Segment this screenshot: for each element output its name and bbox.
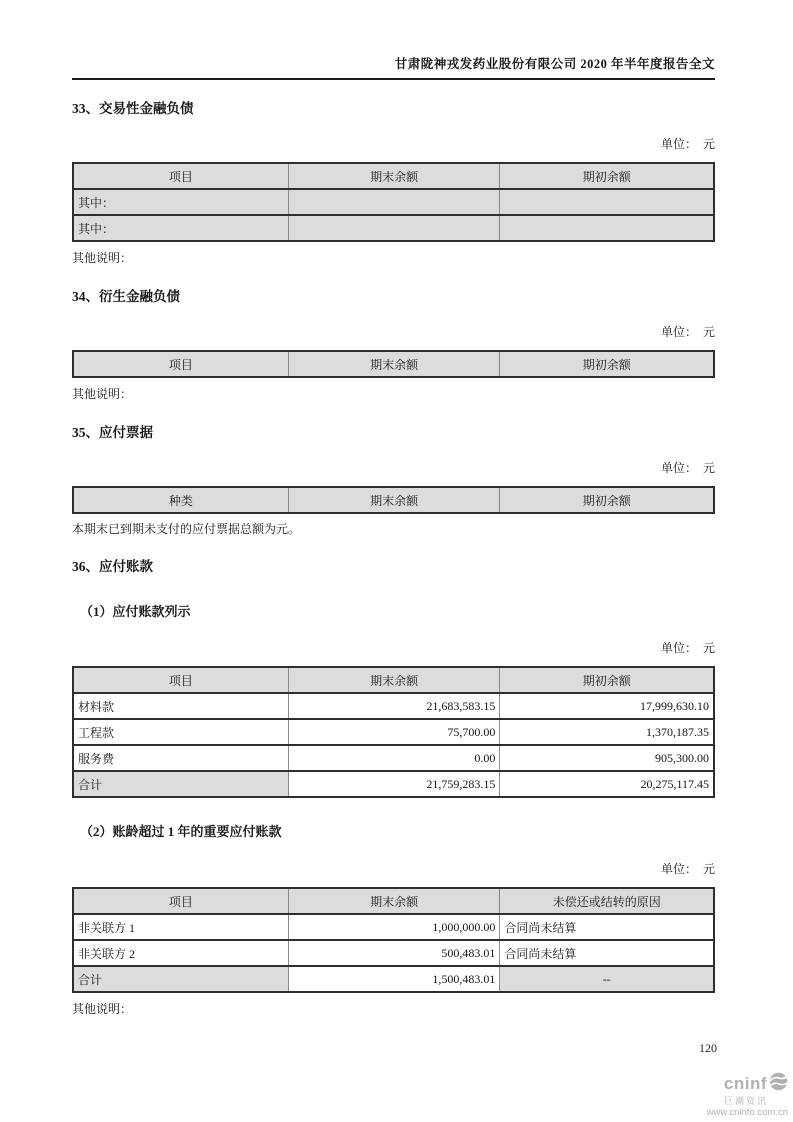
section-36-sub1-title: （1）应付账款列示 <box>80 603 715 621</box>
cell-ending: 0.00 <box>288 745 500 771</box>
table-header-row: 种类 期末余额 期初余额 <box>73 487 714 513</box>
cninfo-url: www.cninfo.com.cn <box>678 1108 788 1118</box>
section-36-title: 36、应付账款 <box>72 558 715 576</box>
header-cell-ending-balance: 期末余额 <box>288 487 500 513</box>
cell-beginning: 17,999,630.10 <box>500 693 714 719</box>
cell-ending <box>288 215 500 241</box>
header-cell-item: 项目 <box>73 351 288 377</box>
section-33-table: 项目 期末余额 期初余额 其中： 其中： <box>72 162 715 242</box>
table-row: 其中： <box>73 215 714 241</box>
aged-accounts-payable-table: 项目 期末余额 未偿还或结转的原因 非关联方 1 1,000,000.00 合同… <box>72 887 715 993</box>
cell-total-beginning: 20,275,117.45 <box>500 771 714 797</box>
header-cell-ending-balance: 期末余额 <box>288 163 500 189</box>
section-35-title: 35、应付票据 <box>72 424 715 442</box>
cell-ending: 75,700.00 <box>288 719 500 745</box>
table-total-row: 合计 21,759,283.15 20,275,117.45 <box>73 771 714 797</box>
cninfo-brand-row: cninf <box>678 1072 788 1096</box>
header-cell-beginning-balance: 期初余额 <box>500 667 714 693</box>
report-page: 甘肃陇神戎发药业股份有限公司 2020 年半年度报告全文 33、交易性金融负债 … <box>0 0 793 1122</box>
cell-beginning <box>500 189 714 215</box>
cell-label: 非关联方 2 <box>73 940 288 966</box>
table-header-row: 项目 期末余额 期初余额 <box>73 163 714 189</box>
cell-label: 工程款 <box>73 719 288 745</box>
cell-total-label: 合计 <box>73 771 288 797</box>
header-cell-item: 项目 <box>73 667 288 693</box>
cell-label: 材料款 <box>73 693 288 719</box>
cninfo-chinese-name: 巨潮资讯 <box>678 1097 768 1106</box>
table-row: 其中： <box>73 189 714 215</box>
cell-label: 其中： <box>73 189 288 215</box>
table-row-materials: 材料款 21,683,583.15 17,999,630.10 <box>73 693 714 719</box>
page-number: 120 <box>699 1041 717 1056</box>
cell-ending <box>288 189 500 215</box>
header-cell-beginning-balance: 期初余额 <box>500 487 714 513</box>
cell-beginning: 905,300.00 <box>500 745 714 771</box>
table-row-nonrelated-2: 非关联方 2 500,483.01 合同尚未结算 <box>73 940 714 966</box>
table-row-nonrelated-1: 非关联方 1 1,000,000.00 合同尚未结算 <box>73 914 714 940</box>
cninfo-watermark: cninf 巨潮资讯 www.cninfo.com.cn <box>678 1072 788 1118</box>
table-row-engineering: 工程款 75,700.00 1,370,187.35 <box>73 719 714 745</box>
accounts-payable-table: 项目 期末余额 期初余额 材料款 21,683,583.15 17,999,63… <box>72 666 715 798</box>
header-cell-ending-balance: 期末余额 <box>288 888 500 914</box>
cell-ending: 500,483.01 <box>288 940 500 966</box>
other-note-36: 其他说明： <box>72 1001 715 1017</box>
cninfo-swirl-icon <box>769 1072 788 1096</box>
cell-beginning: 1,370,187.35 <box>500 719 714 745</box>
cninfo-brand-text: cninf <box>724 1075 767 1093</box>
table-total-row: 合计 1,500,483.01 -- <box>73 966 714 992</box>
cell-total-label: 合计 <box>73 966 288 992</box>
header-cell-item: 项目 <box>73 163 288 189</box>
cell-ending: 21,683,583.15 <box>288 693 500 719</box>
header-cell-type: 种类 <box>73 487 288 513</box>
section-34-table: 项目 期末余额 期初余额 <box>72 350 715 378</box>
cell-ending: 1,000,000.00 <box>288 914 500 940</box>
cell-label: 服务费 <box>73 745 288 771</box>
page-content: 甘肃陇神戎发药业股份有限公司 2020 年半年度报告全文 33、交易性金融负债 … <box>0 0 793 1017</box>
header-cell-ending-balance: 期末余额 <box>288 667 500 693</box>
unit-label-33: 单位： 元 <box>72 136 715 152</box>
header-cell-ending-balance: 期末余额 <box>288 351 500 377</box>
other-note-34: 其他说明： <box>72 386 715 402</box>
section-36-sub2-title: （2）账龄超过 1 年的重要应付账款 <box>80 823 715 841</box>
notes-payable-statement: 本期末已到期未支付的应付票据总额为元。 <box>72 521 715 537</box>
cell-total-ending: 1,500,483.01 <box>288 966 500 992</box>
cell-total-reason: -- <box>500 966 714 992</box>
table-header-row: 项目 期末余额 未偿还或结转的原因 <box>73 888 714 914</box>
unit-label-35: 单位： 元 <box>72 460 715 476</box>
header-cell-beginning-balance: 期初余额 <box>500 351 714 377</box>
unit-label-36-1: 单位： 元 <box>72 640 715 656</box>
document-header-title: 甘肃陇神戎发药业股份有限公司 2020 年半年度报告全文 <box>72 57 715 80</box>
cell-label: 其中： <box>73 215 288 241</box>
table-row-service: 服务费 0.00 905,300.00 <box>73 745 714 771</box>
other-note-33: 其他说明： <box>72 250 715 266</box>
cell-reason: 合同尚未结算 <box>500 914 714 940</box>
cell-beginning <box>500 215 714 241</box>
cell-reason: 合同尚未结算 <box>500 940 714 966</box>
section-33-title: 33、交易性金融负债 <box>72 100 715 118</box>
cell-label: 非关联方 1 <box>73 914 288 940</box>
section-34-title: 34、衍生金融负债 <box>72 288 715 306</box>
unit-label-36-2: 单位： 元 <box>72 861 715 877</box>
header-cell-beginning-balance: 期初余额 <box>500 163 714 189</box>
header-cell-item: 项目 <box>73 888 288 914</box>
table-header-row: 项目 期末余额 期初余额 <box>73 667 714 693</box>
section-35-table: 种类 期末余额 期初余额 <box>72 486 715 514</box>
header-cell-reason: 未偿还或结转的原因 <box>500 888 714 914</box>
cell-total-ending: 21,759,283.15 <box>288 771 500 797</box>
table-header-row: 项目 期末余额 期初余额 <box>73 351 714 377</box>
unit-label-34: 单位： 元 <box>72 324 715 340</box>
